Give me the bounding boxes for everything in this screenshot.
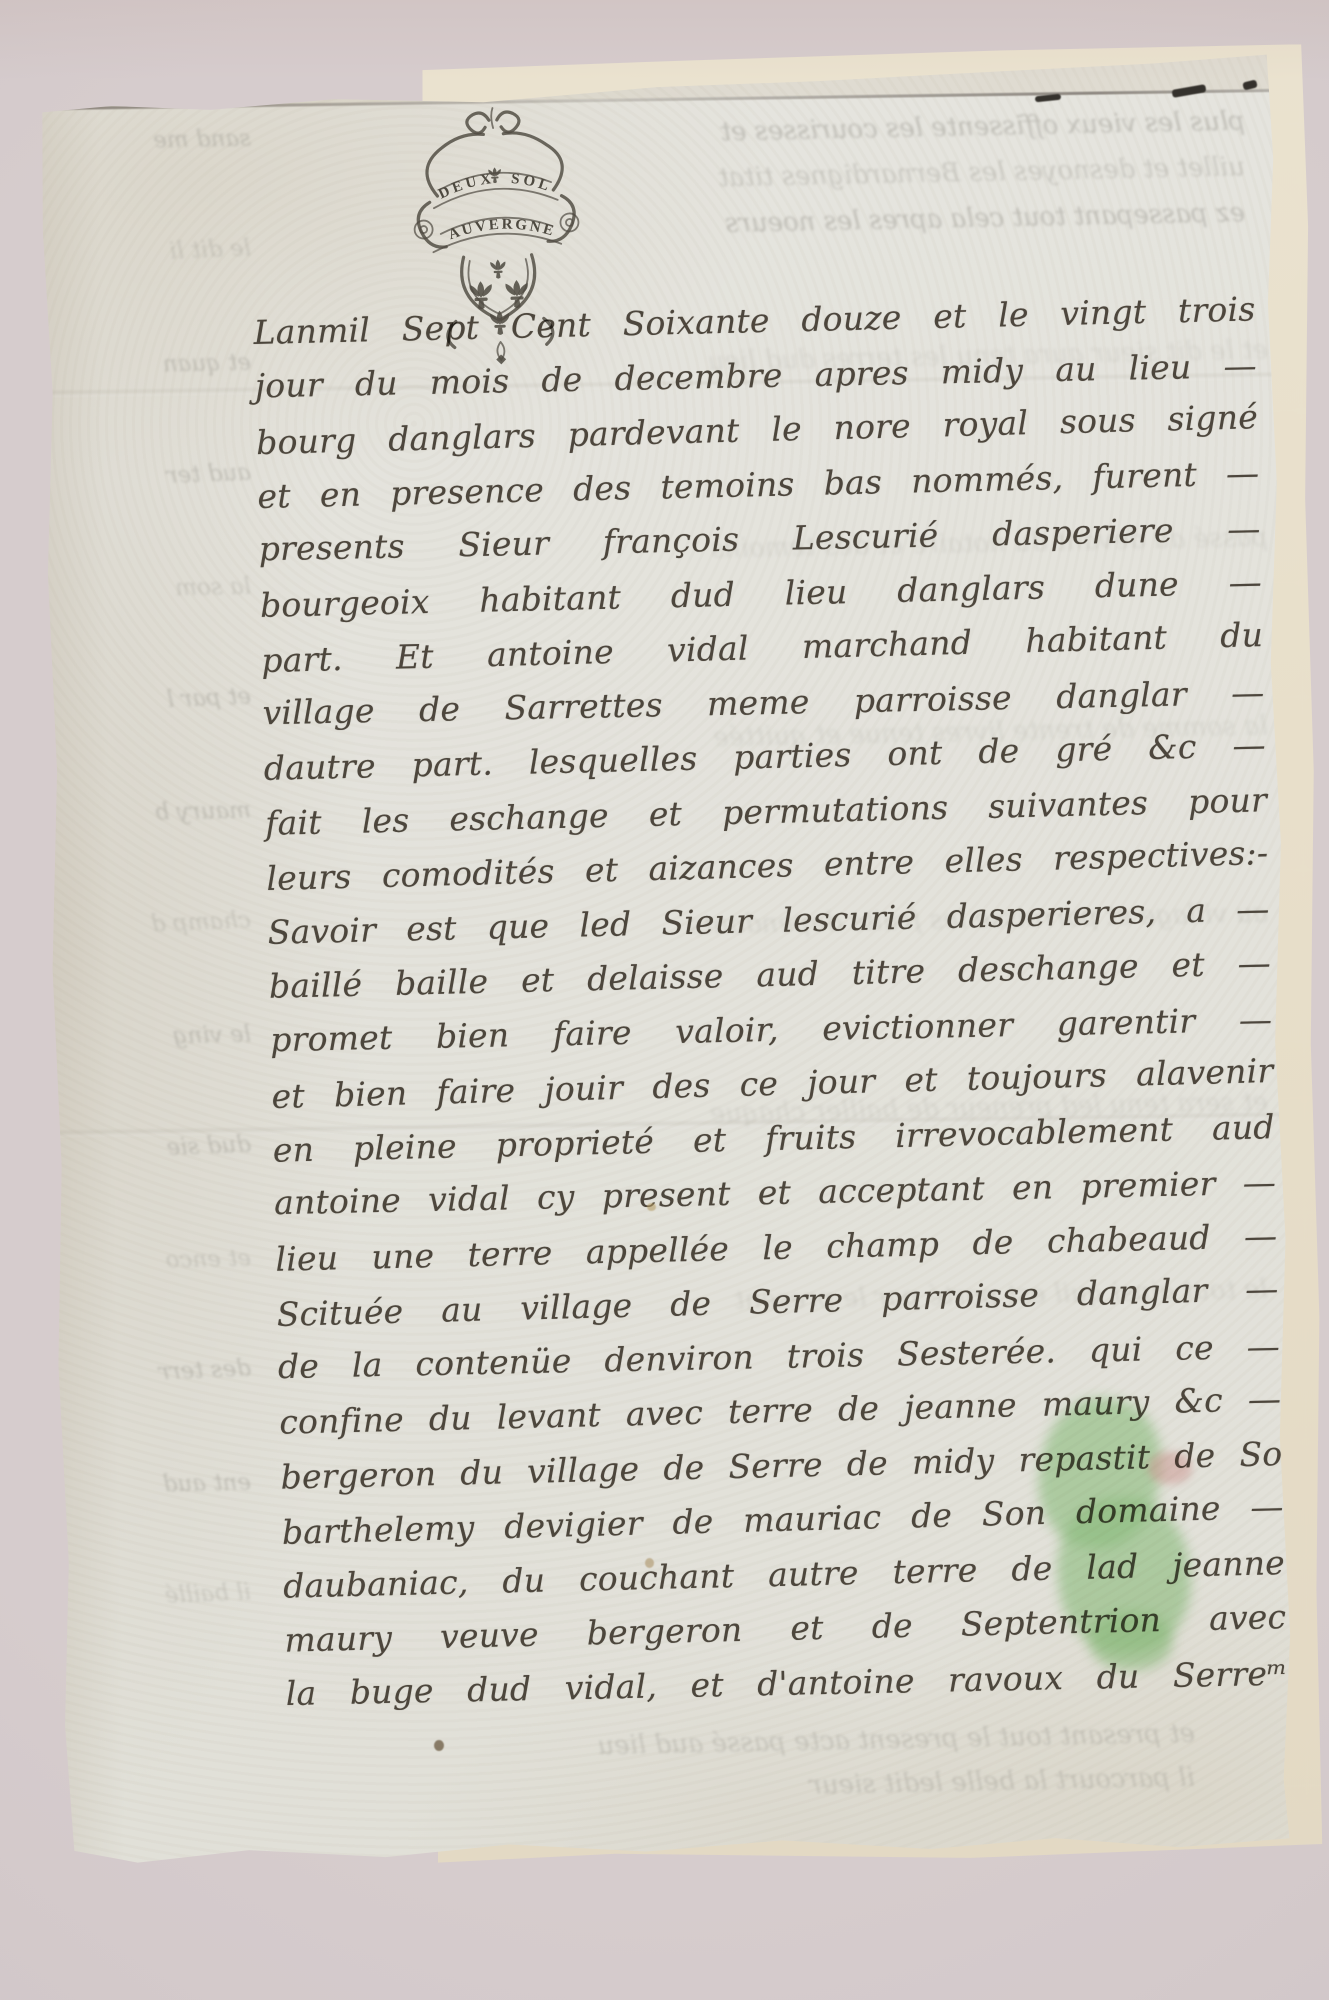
pink-stain-blob (1148, 1452, 1192, 1484)
stamp-scrollwork (410, 105, 583, 367)
stain-speck (645, 1558, 654, 1568)
stamp-banner-top: DEUX SOLS (392, 101, 563, 205)
green-stain (1030, 1380, 1220, 1680)
photo-backdrop: plus les vieux offissente les courisses … (0, 0, 1329, 2000)
ink-speck (434, 1740, 444, 1751)
green-stain-blob (1090, 1612, 1172, 1670)
revenue-stamp: DEUX SOLS AUVERGNE (392, 101, 601, 378)
stain-speck (647, 1203, 656, 1211)
